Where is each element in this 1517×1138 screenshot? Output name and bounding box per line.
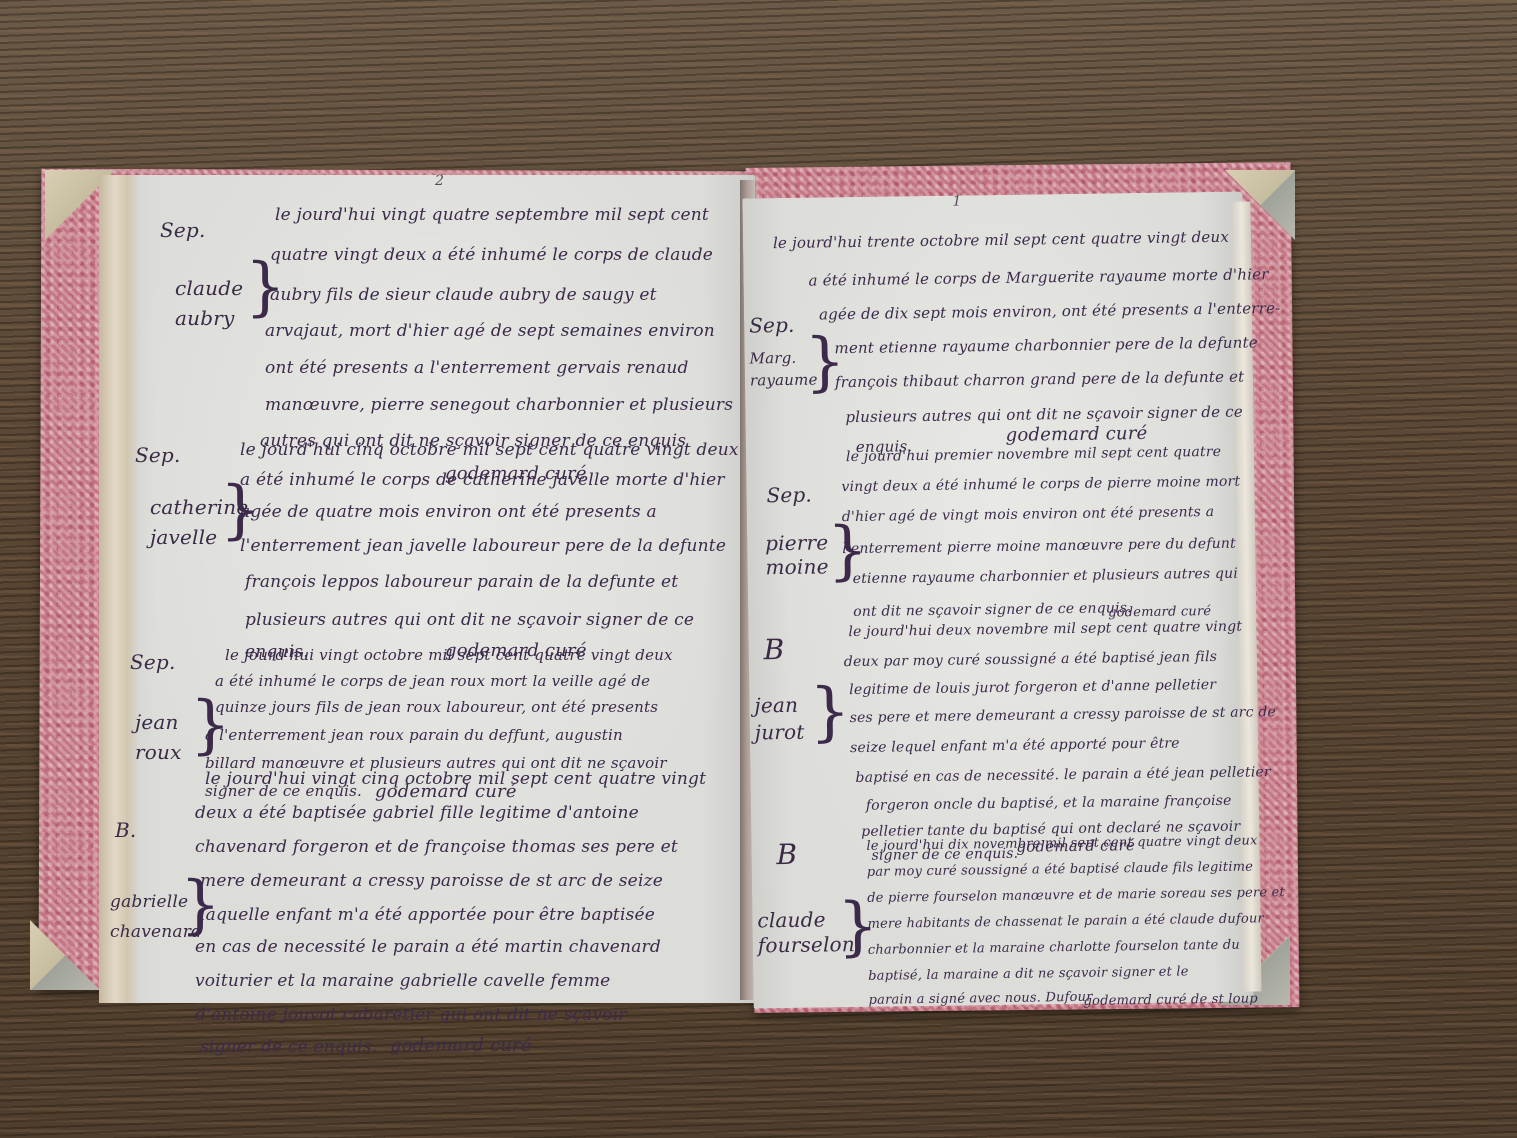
entry-type-label: B — [776, 838, 797, 872]
margin-name-first: claude — [175, 271, 243, 305]
entry-type-label: B. — [115, 813, 136, 847]
entry-type-label: Sep. — [135, 438, 181, 472]
margin-name-last: aubry — [175, 301, 234, 335]
entry-line: ont été presents a l'enterrement gervais… — [265, 348, 689, 388]
margin-name-first: jean — [135, 705, 179, 739]
entry-type-label: Sep. — [160, 213, 206, 247]
worn-page-edge — [99, 175, 139, 1003]
entry-line: l'enterrement jean javelle laboureur per… — [240, 526, 726, 566]
entry-line: aubry fils de sieur claude aubry de saug… — [270, 275, 657, 315]
margin-name-last: javelle — [150, 520, 217, 554]
entry-line: quatre vingt deux a été inhumé le corps … — [270, 235, 713, 275]
priest-signature: godemard curé de st loup — [1084, 991, 1258, 1008]
entry-line: manœuvre, pierre senegout charbonnier et… — [265, 385, 733, 425]
entry-type-label: Sep. — [766, 478, 812, 513]
margin-name-last: roux — [135, 735, 182, 769]
entry-type-label: B — [763, 633, 784, 667]
left-page: 2 Sep. claude aubry } le jourd'hui vingt… — [105, 175, 755, 1003]
margin-name-last: moine — [765, 549, 829, 584]
margin-name-last: jurot — [755, 715, 805, 750]
entry-line: françois leppos laboureur parain de la d… — [245, 562, 678, 602]
entry-line: arvajaut, mort d'hier agé de sept semain… — [265, 311, 715, 351]
entry-line: parain a signé avec nous. Dufour — [868, 978, 1093, 1021]
page-number: 1 — [952, 193, 961, 209]
margin-name-first: gabrielle — [110, 885, 188, 919]
entry-line: le jourd'hui vingt quatre septembre mil … — [275, 195, 709, 235]
priest-signature: godemard curé — [390, 1035, 532, 1056]
entry-type-label: Sep. — [749, 308, 795, 343]
page-number: 2 — [435, 173, 444, 189]
brace-mark: } — [809, 680, 851, 745]
entry-line: signer de ce enquis. — [200, 1027, 377, 1067]
right-page: 1 Sep. Marg. rayaume } le jourd'hui tren… — [742, 192, 1253, 1009]
entry-type-label: Sep. — [130, 645, 176, 679]
entry-line: plusieurs autres qui ont dit ne sçavoir … — [245, 600, 694, 640]
